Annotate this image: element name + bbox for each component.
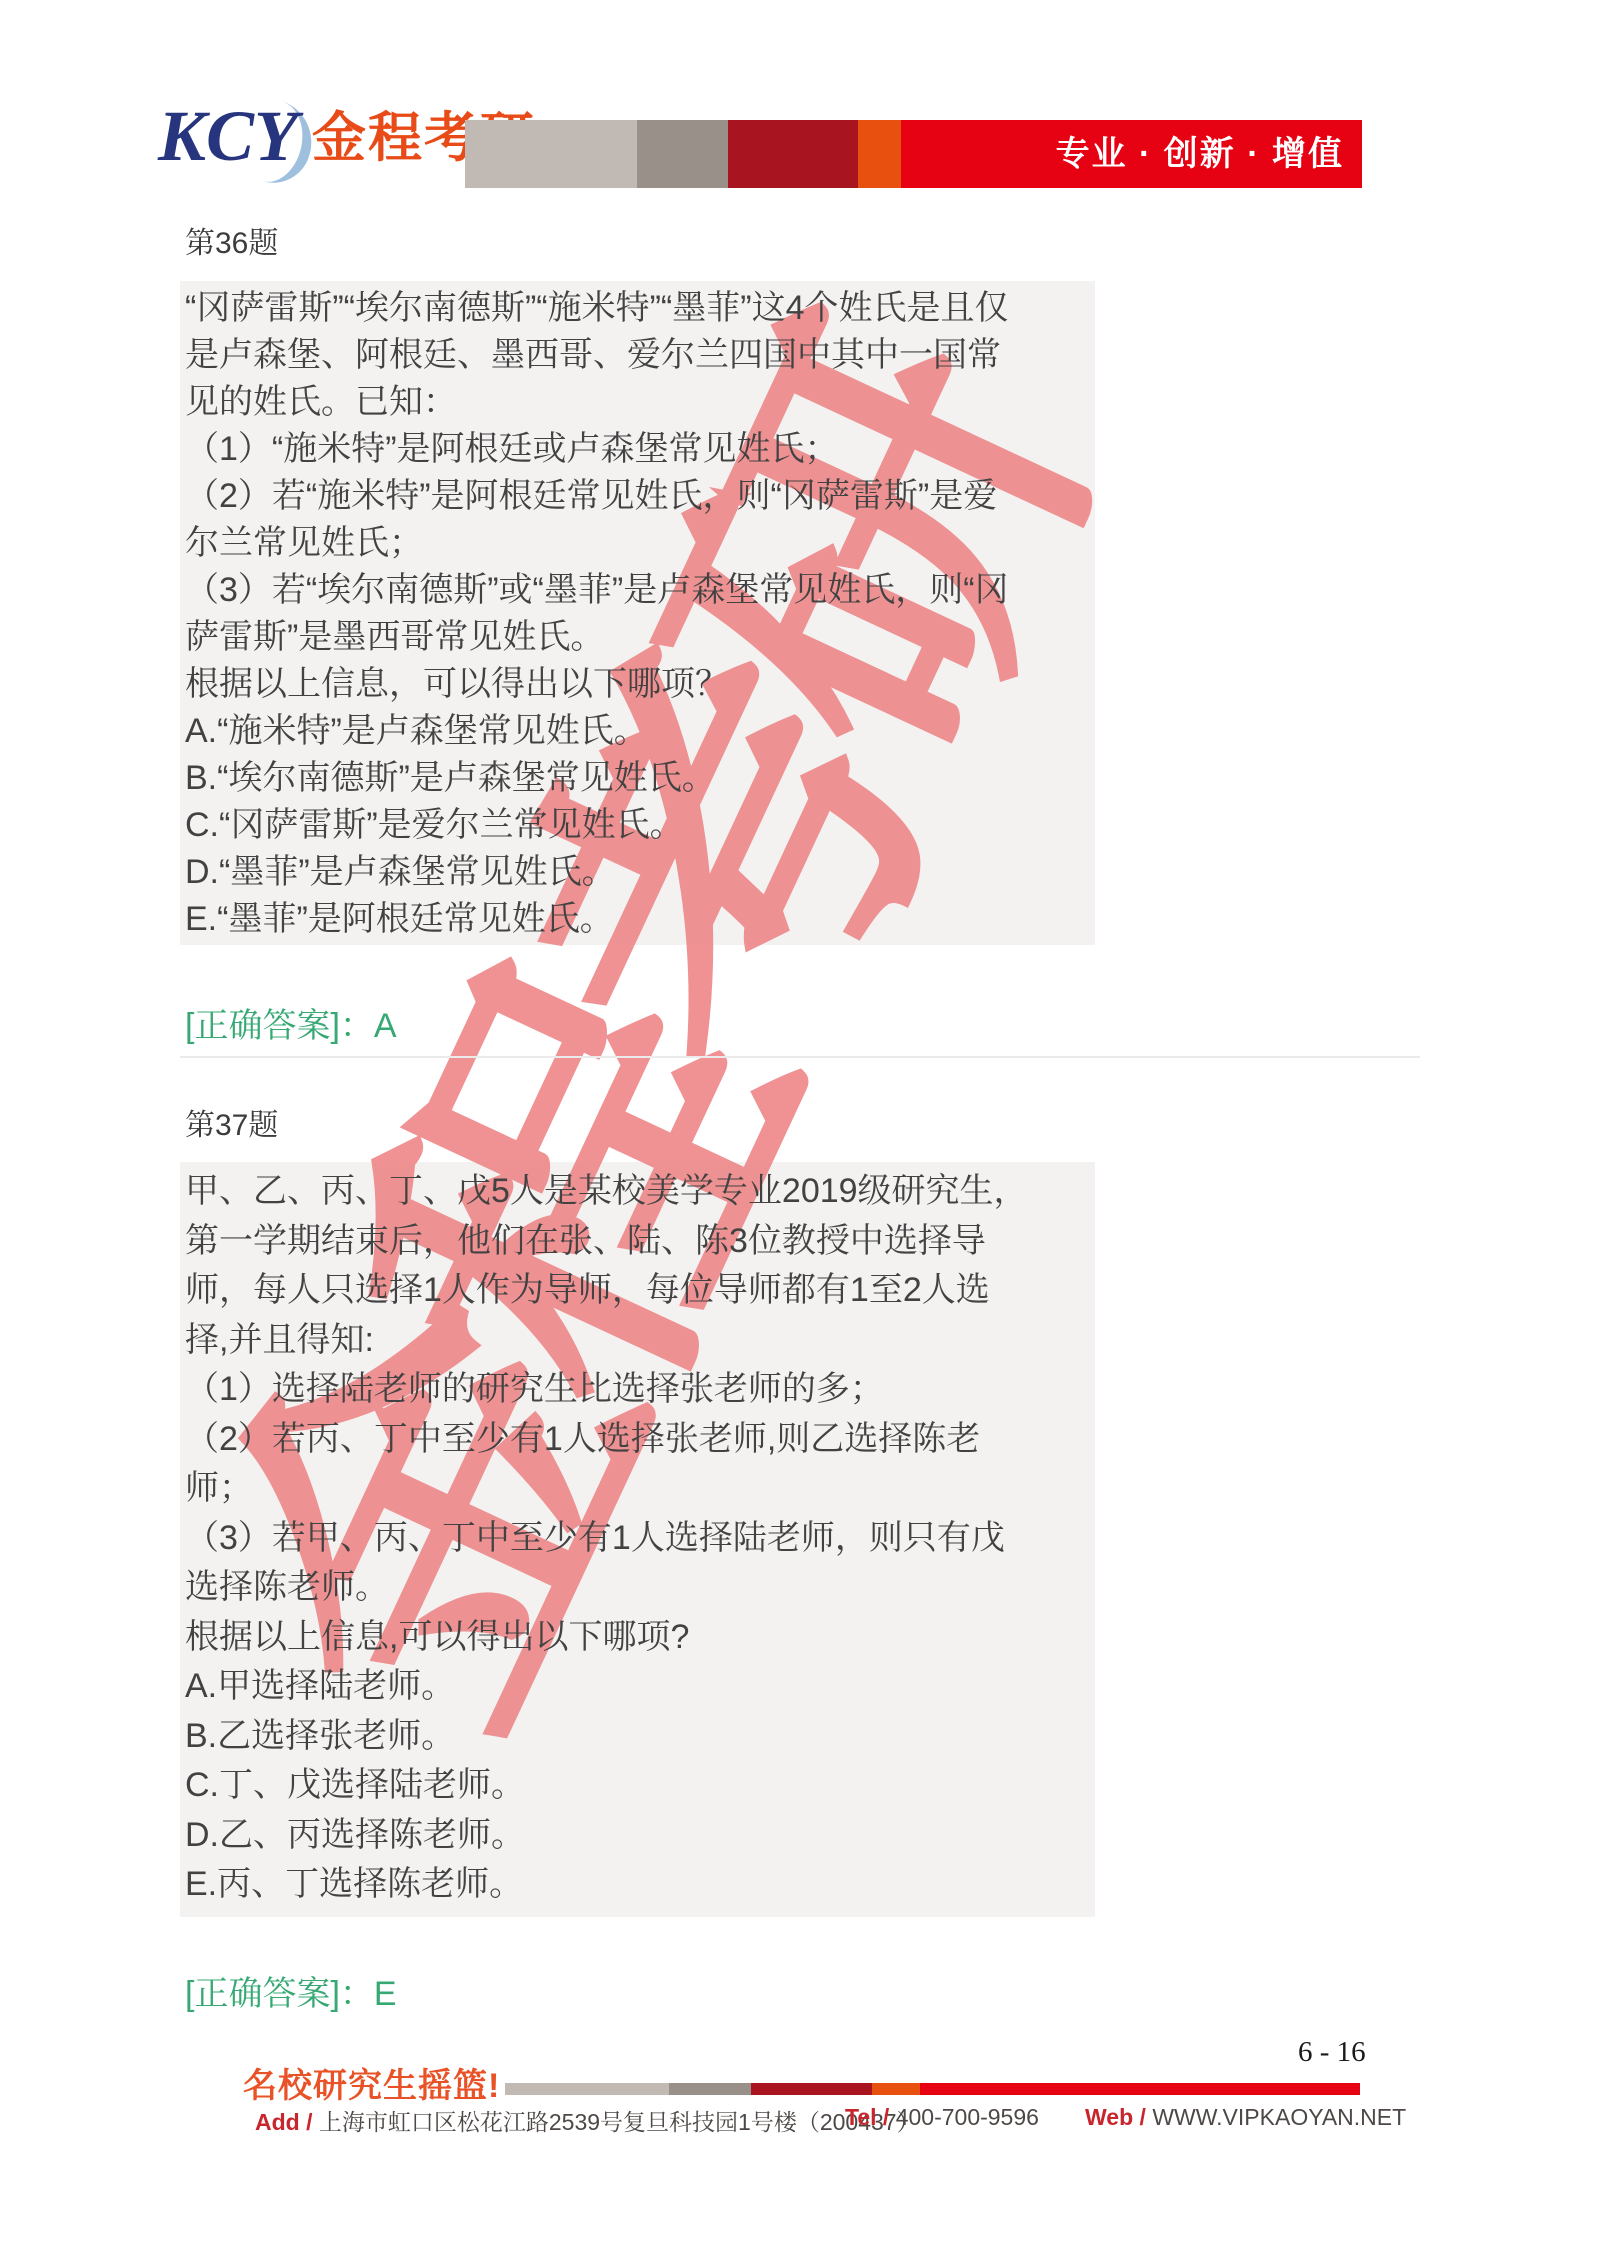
answer-value: E (374, 1975, 397, 2013)
question36-answer: [正确答案]：A (185, 998, 397, 1047)
question-line: 甲、乙、丙、丁、戊5人是某校美学专业2019级研究生， (185, 1167, 1090, 1217)
web-label: Web / (1085, 2104, 1146, 2130)
question36-label: 第36题 (185, 218, 278, 262)
option-b: B.乙选择张老师。 (185, 1712, 1090, 1762)
option-c: C.“冈萨雷斯”是爱尔兰常见姓氏。 (185, 802, 1090, 849)
kcy-logo: KCY (158, 96, 298, 176)
option-e: E.“墨菲”是阿根廷常见姓氏。 (185, 896, 1090, 943)
option-a: A.“施米特”是卢森堡常见姓氏。 (185, 708, 1090, 755)
question-line: （3）若甲、丙、丁中至少有1人选择陆老师，则只有戊 (185, 1514, 1090, 1564)
question-line: 根据以上信息，可以得出以下哪项？ (185, 661, 1090, 708)
question-line: 萨雷斯”是墨西哥常见姓氏。 (185, 614, 1090, 661)
question-line: 师； (185, 1464, 1090, 1514)
option-b: B.“埃尔南德斯”是卢森堡常见姓氏。 (185, 755, 1090, 802)
question-line: （3）若“埃尔南德斯”或“墨菲”是卢森堡常见姓氏，则“冈 (185, 567, 1090, 614)
question-line: 是卢森堡、阿根廷、墨西哥、爱尔兰四国中其中一国常 (185, 332, 1090, 379)
address-label: Add / (255, 2109, 313, 2135)
footer-bar-orange (872, 2083, 920, 2095)
question-line: （2）若“施米特”是阿根廷常见姓氏，则“冈萨雷斯”是爱 (185, 473, 1090, 520)
question-line: （1）选择陆老师的研究生比选择张老师的多； (185, 1365, 1090, 1415)
footer-color-bar (505, 2083, 1360, 2095)
footer-tel: Tel / 400-700-9596 (845, 2104, 1039, 2131)
option-d: D.“墨菲”是卢森堡常见姓氏。 (185, 849, 1090, 896)
footer-bar-light-gray (505, 2083, 669, 2095)
footer-bar-dark-gray (669, 2083, 751, 2095)
footer-bar-dark-red (751, 2083, 872, 2095)
question-line: 选择陈老师。 (185, 1563, 1090, 1613)
option-d: D.乙、丙选择陈老师。 (185, 1811, 1090, 1861)
question-line: 见的姓氏。已知： (185, 379, 1090, 426)
question-line: 师，每人只选择1人作为导师，每位导师都有1至2人选 (185, 1266, 1090, 1316)
question-line: 第一学期结束后，他们在张、陆、陈3位教授中选择导 (185, 1217, 1090, 1267)
question37-label: 第37题 (185, 1100, 278, 1144)
footer-bar-bright-red (920, 2083, 1360, 2095)
footer-address: Add / 上海市虹口区松花江路2539号复旦科技园1号楼（200437） (255, 2104, 920, 2137)
question-line: “冈萨雷斯”“埃尔南德斯”“施米特”“墨菲”这4个姓氏是且仅 (185, 285, 1090, 332)
question-line: 根据以上信息,可以得出以下哪项? (185, 1613, 1090, 1663)
option-e: E.丙、丁选择陈老师。 (185, 1860, 1090, 1910)
header-bar-orange (858, 120, 901, 188)
web-value: WWW.VIPKAOYAN.NET (1152, 2104, 1406, 2130)
footer-tagline: 名校研究生摇篮! (243, 2058, 500, 2107)
tel-value: 400-700-9596 (896, 2104, 1039, 2130)
question-line: 择,并且得知: (185, 1316, 1090, 1366)
header-bar-light-gray (465, 120, 637, 188)
question36-body: “冈萨雷斯”“埃尔南德斯”“施米特”“墨菲”这4个姓氏是且仅 是卢森堡、阿根廷、… (185, 285, 1090, 943)
answer-label: [正确答案]： (185, 1007, 374, 1045)
answer-value: A (374, 1007, 397, 1045)
tel-label: Tel / (845, 2104, 889, 2130)
section-divider (180, 1056, 1420, 1058)
answer-label: [正确答案]： (185, 1975, 374, 2013)
question-line: 尔兰常见姓氏； (185, 520, 1090, 567)
question-line: （1）“施米特”是阿根廷或卢森堡常见姓氏； (185, 426, 1090, 473)
question37-answer: [正确答案]：E (185, 1966, 397, 2015)
address-value: 上海市虹口区松花江路2539号复旦科技园1号楼（200437） (319, 2109, 920, 2135)
header-bar-dark-gray (637, 120, 728, 188)
question37-body: 甲、乙、丙、丁、戊5人是某校美学专业2019级研究生， 第一学期结束后，他们在张… (185, 1167, 1090, 1910)
header-color-bar: 专业 · 创新 · 增值 (465, 120, 1362, 188)
option-a: A.甲选择陆老师。 (185, 1662, 1090, 1712)
question-line: （2）若丙、丁中至少有1人选择张老师,则乙选择陈老 (185, 1415, 1090, 1465)
header-slogan: 专业 · 创新 · 增值 (901, 120, 1362, 188)
header-bar-dark-red (728, 120, 858, 188)
footer-web: Web / WWW.VIPKAOYAN.NET (1085, 2104, 1406, 2131)
option-c: C.丁、戊选择陆老师。 (185, 1761, 1090, 1811)
page-number: 6 - 16 (1298, 2036, 1366, 2069)
